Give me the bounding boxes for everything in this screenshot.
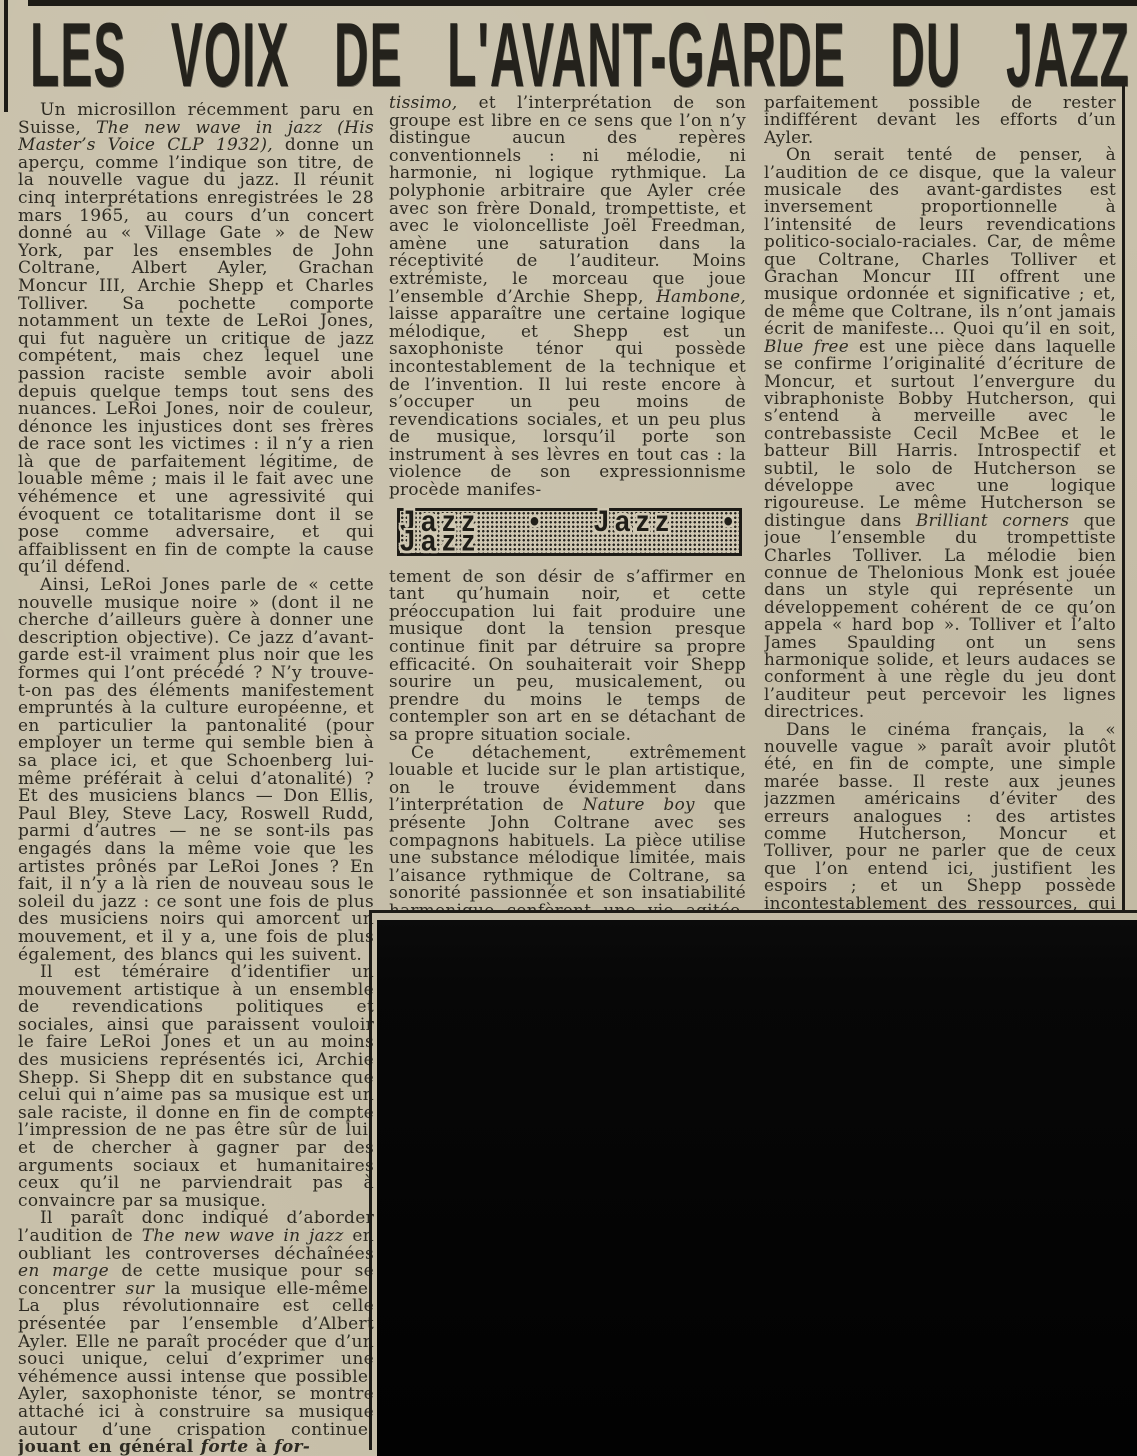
left-edge-rule [4, 0, 8, 112]
paragraph: On serait tenté de penser, à l’audition … [764, 146, 1116, 720]
paragraph: tement de son désir de s’affirmer en tan… [389, 568, 746, 744]
photo-left-rule [369, 910, 372, 1450]
newspaper-page: LES VOIX DE L'AVANT-GARDE DU JAZZ Un mic… [0, 0, 1137, 1456]
article-column-3: parfaitement possible de rester indiffér… [764, 94, 1116, 912]
paragraph: parfaitement possible de rester indiffér… [764, 94, 1116, 146]
article-column-2: tissimo, et l’interprétation de son grou… [389, 94, 746, 912]
jazz-section-banner: Jazz • Jazz • Jazz [397, 508, 742, 556]
paragraph: Ainsi, LeRoi Jones parle de « cette nouv… [18, 577, 374, 964]
paragraph: Ce détachement, extrêmement louable et l… [389, 744, 746, 912]
paragraph: Il paraît donc indiqué d’aborder l’audit… [18, 1210, 374, 1456]
paragraph: tissimo, et l’interprétation de son grou… [389, 94, 746, 499]
top-rule [28, 0, 1137, 6]
article-headline: LES VOIX DE L'AVANT-GARDE DU JAZZ [30, 12, 1130, 103]
article-column-1: Un microsillon récemment paru en Suisse,… [18, 102, 374, 1456]
paragraph: Un microsillon récemment paru en Suisse,… [18, 102, 374, 577]
paragraph: Dans le cinéma français, la « nouvelle v… [764, 721, 1116, 912]
photo-top-rule [371, 910, 1137, 913]
paragraph: Il est téméraire d’identifier un mouveme… [18, 964, 374, 1210]
jazz-banner-label: Jazz • Jazz • Jazz [400, 512, 739, 551]
right-column-rule [1122, 86, 1125, 912]
photo-black-area [377, 920, 1137, 1456]
